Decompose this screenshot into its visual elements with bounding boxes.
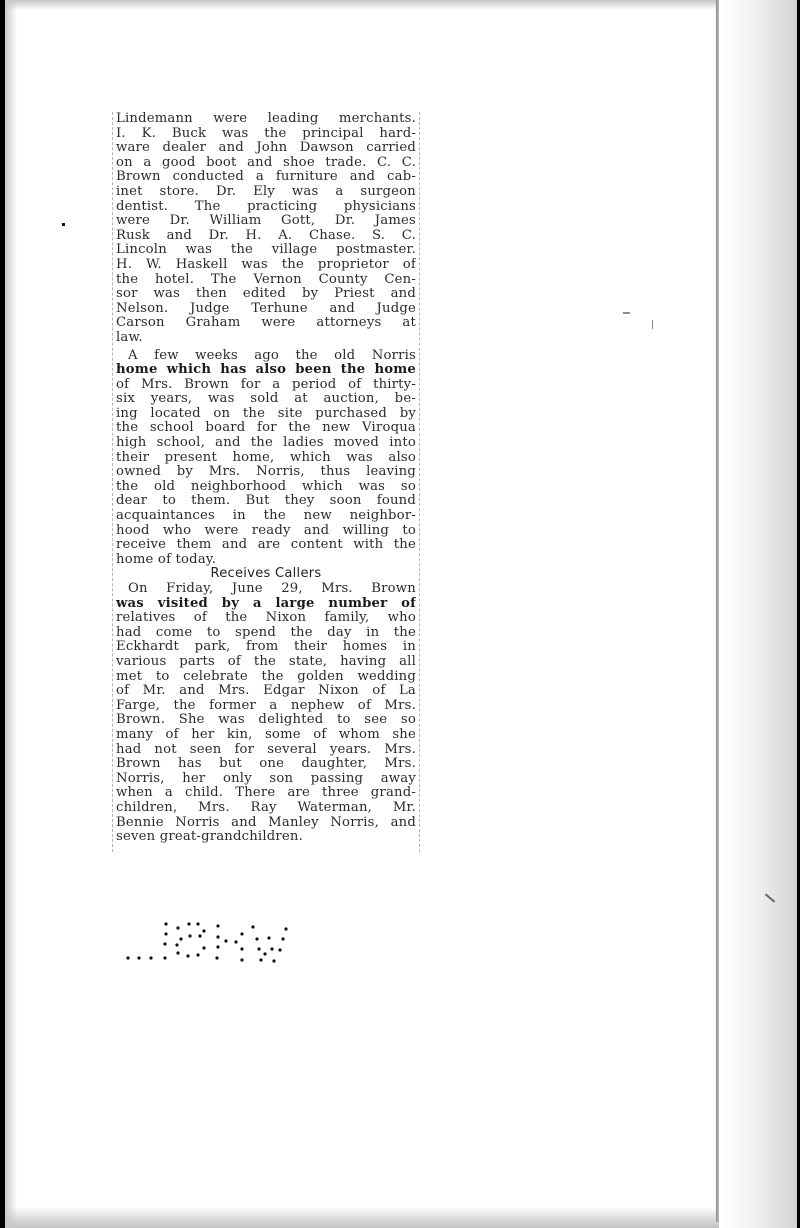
scan-speck — [623, 312, 630, 314]
text-line: Norris, her only son passing away — [116, 772, 416, 787]
text-line: the school board for the new Viroqua — [116, 421, 416, 436]
text-line: ing located on the site purchased by — [116, 407, 416, 422]
text-line: on a good boot and shoe trade. C. C. — [116, 156, 416, 171]
text-line: On Friday, June 29, Mrs. Brown — [116, 582, 416, 597]
text-line: had come to spend the day in the — [116, 626, 416, 641]
perforation-dot — [163, 956, 166, 959]
perforation-dot — [216, 945, 219, 948]
text-line: six years, was sold at auction, be- — [116, 392, 416, 407]
text-line: when a child. There are three grand- — [116, 786, 416, 801]
text-line: inet store. Dr. Ely was a surgeon — [116, 185, 416, 200]
clipping-right-edge — [419, 112, 420, 852]
perforation-dot — [240, 932, 243, 935]
text-line: acquaintances in the new neighbor- — [116, 509, 416, 524]
perforation-dot — [175, 943, 178, 946]
text-line: many of her kin, some of whom she — [116, 728, 416, 743]
perforation-dot — [186, 954, 189, 957]
text-line: of Mr. and Mrs. Edgar Nixon of La — [116, 684, 416, 699]
perforation-dot — [259, 958, 262, 961]
text-line: Nelson. Judge Terhune and Judge — [116, 302, 416, 317]
page-fold-line — [716, 0, 719, 1222]
text-line: home which has also been the home — [116, 363, 416, 378]
perforation-dot — [176, 926, 179, 929]
text-line: ware dealer and John Dawson carried — [116, 141, 416, 156]
text-line: law. — [116, 331, 416, 346]
perforation-dot — [202, 929, 205, 932]
newspaper-clipping: Lindemann were leading merchants.I. K. B… — [116, 112, 416, 845]
perforation-dot — [240, 958, 243, 961]
perforation-dot — [234, 940, 237, 943]
text-line: owned by Mrs. Norris, thus leaving — [116, 465, 416, 480]
perforation-dot — [179, 937, 182, 940]
perforation-stamp — [120, 905, 290, 965]
text-line: sor was then edited by Priest and — [116, 287, 416, 302]
text-line: Farge, the former a nephew of Mrs. — [116, 699, 416, 714]
perforation-dot — [240, 947, 243, 950]
text-line: had not seen for several years. Mrs. — [116, 743, 416, 758]
perforation-dot — [188, 934, 191, 937]
text-line: Brown. She was delighted to see so — [116, 713, 416, 728]
text-line: I. K. Buck was the principal hard- — [116, 127, 416, 142]
text-line: Rusk and Dr. H. A. Chase. S. C. — [116, 229, 416, 244]
text-line: was visited by a large number of — [116, 597, 416, 612]
right-page-margin — [719, 0, 800, 1228]
text-line: Eckhardt park, from their homes in — [116, 640, 416, 655]
top-edge-shadow — [0, 0, 800, 10]
text-line: of Mrs. Brown for a period of thirty- — [116, 378, 416, 393]
text-line: A few weeks ago the old Norris — [116, 349, 416, 364]
perforation-dot — [216, 935, 219, 938]
perforation-dot — [257, 947, 260, 950]
perforation-dot — [216, 924, 219, 927]
left-scan-border — [0, 0, 5, 1228]
clipping-left-edge — [112, 112, 113, 852]
perforation-dot — [251, 925, 254, 928]
text-line: the old neighborhood which was so — [116, 480, 416, 495]
perforation-dot — [224, 939, 227, 942]
text-line: high school, and the ladies moved into — [116, 436, 416, 451]
paragraph-norris-home: A few weeks ago the old Norrishome which… — [116, 349, 416, 568]
perforation-dot — [164, 922, 167, 925]
text-line: the hotel. The Vernon County Cen- — [116, 273, 416, 288]
perforation-dot — [272, 959, 275, 962]
perforation-dot — [202, 946, 205, 949]
perforation-dot — [149, 956, 152, 959]
text-line: were Dr. William Gott, Dr. James — [116, 214, 416, 229]
perforation-dot — [198, 934, 201, 937]
text-line: their present home, which was also — [116, 451, 416, 466]
subheading: Receives Callers — [116, 567, 416, 582]
text-line: Lincoln was the village postmaster. — [116, 243, 416, 258]
perforation-dot — [270, 947, 273, 950]
perforation-dot — [267, 936, 270, 939]
text-line: H. W. Haskell was the proprietor of — [116, 258, 416, 273]
text-line: home of today. — [116, 553, 416, 568]
text-line: Brown conducted a furniture and cab- — [116, 170, 416, 185]
text-line: Bennie Norris and Manley Norris, and — [116, 816, 416, 831]
text-line: children, Mrs. Ray Waterman, Mr. — [116, 801, 416, 816]
perforation-dot — [196, 953, 199, 956]
perforation-dot — [126, 956, 129, 959]
perforation-dot — [255, 937, 258, 940]
perforation-dot — [163, 942, 166, 945]
scan-speck — [652, 320, 653, 329]
text-line: various parts of the state, having all — [116, 655, 416, 670]
perforation-dot — [176, 951, 179, 954]
perforation-dot — [278, 948, 281, 951]
bottom-edge-shadow — [0, 1206, 800, 1228]
text-line: dentist. The practicing physicians — [116, 200, 416, 215]
scan-speck — [62, 223, 65, 226]
text-line: seven great-grandchildren. — [116, 830, 416, 845]
scan-speck — [765, 893, 775, 902]
text-line: Brown has but one daughter, Mrs. — [116, 757, 416, 772]
perforation-dot — [164, 932, 167, 935]
perforation-dot — [137, 956, 140, 959]
perforation-dot — [215, 956, 218, 959]
text-line: met to celebrate the golden wedding — [116, 670, 416, 685]
perforation-dot — [196, 922, 199, 925]
text-line: Carson Graham were attorneys at — [116, 316, 416, 331]
text-line: hood who were ready and willing to — [116, 524, 416, 539]
left-edge-shadow — [5, 0, 17, 1228]
perforation-dot — [284, 927, 287, 930]
text-line: relatives of the Nixon family, who — [116, 611, 416, 626]
paragraph-merchants: Lindemann were leading merchants.I. K. B… — [116, 112, 416, 346]
paragraph-receives-callers: On Friday, June 29, Mrs. Brownwas visite… — [116, 582, 416, 845]
perforation-dot — [263, 952, 266, 955]
perforation-dot — [187, 922, 190, 925]
perforation-dot — [281, 937, 284, 940]
text-line: dear to them. But they soon found — [116, 494, 416, 509]
text-line: receive them and are content with the — [116, 538, 416, 553]
text-line: Lindemann were leading merchants. — [116, 112, 416, 127]
